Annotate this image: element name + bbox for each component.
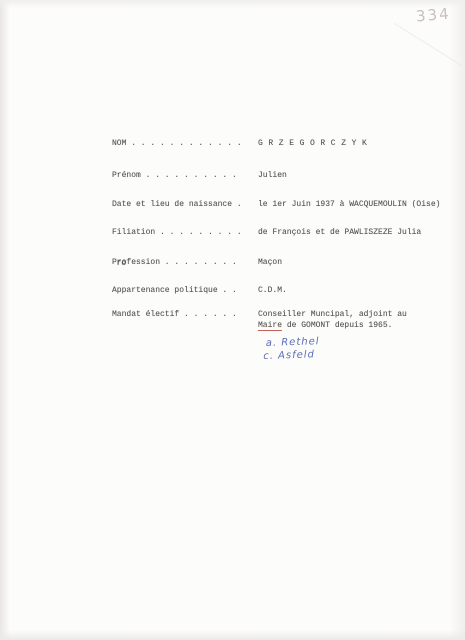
field-row-filiation: Filiation . . . . . . . . .de François e… [112, 227, 421, 238]
scan-edge-top [0, 0, 465, 8]
handwritten-notes: a. Rethel c. Asfeld [266, 335, 321, 363]
field-label-nom: NOM . . . . . . . . . . . . [112, 138, 258, 149]
mandat-line2-rest: de GOMONT depuis 1965. [282, 321, 392, 330]
field-row-naissance: Date et lieu de naissance .le 1er Juin 1… [112, 199, 440, 210]
field-label-profession-text: Profession . . . . . . . . [112, 258, 237, 267]
mandat-underlined-word: Maire [258, 321, 282, 331]
overstrike-chars: ro [117, 258, 127, 269]
field-value-naissance: le 1er Juin 1937 à WACQUEMOULIN (Oise) [258, 199, 440, 210]
field-value-appartenance: C.D.M. [258, 285, 287, 296]
field-value-prenom: Julien [258, 170, 287, 181]
field-row-profession: Profession . . . . . . . .roMaçon [112, 257, 282, 268]
field-label-appartenance: Appartenance politique . . [112, 285, 258, 296]
field-label-filiation: Filiation . . . . . . . . . [112, 227, 258, 238]
field-label-prenom: Prénom . . . . . . . . . . [112, 170, 258, 181]
handwritten-note-line2: c. Asfeld [263, 348, 320, 363]
field-row-appartenance: Appartenance politique . .C.D.M. [112, 285, 287, 296]
field-row-mandat: Mandat électif . . . . . .Conseiller Mun… [112, 309, 407, 331]
field-row-nom: NOM . . . . . . . . . . . .G R Z E G O R… [112, 138, 367, 149]
handwritten-page-number: 334 [415, 5, 451, 26]
field-value-filiation: de François et de PAWLISZEZE Julia [258, 227, 421, 238]
field-value-mandat: Conseiller Muncipal, adjoint auMaire de … [258, 309, 407, 331]
mandat-line1: Conseiller Muncipal, adjoint au [258, 310, 407, 319]
scan-edge-bottom [0, 630, 465, 640]
handwritten-note-line1: a. Rethel [266, 336, 320, 349]
scanned-index-card: 334 NOM . . . . . . . . . . . .G R Z E G… [0, 0, 465, 640]
field-value-profession: Maçon [258, 257, 282, 268]
field-row-prenom: Prénom . . . . . . . . . .Julien [112, 170, 287, 181]
field-label-naissance: Date et lieu de naissance . [112, 199, 258, 210]
field-label-mandat: Mandat électif . . . . . . [112, 309, 258, 320]
scan-edge-left [0, 0, 10, 640]
scan-edge-right [449, 0, 465, 640]
field-label-profession: Profession . . . . . . . .ro [112, 257, 258, 268]
field-value-nom: G R Z E G O R C Z Y K [258, 138, 367, 149]
